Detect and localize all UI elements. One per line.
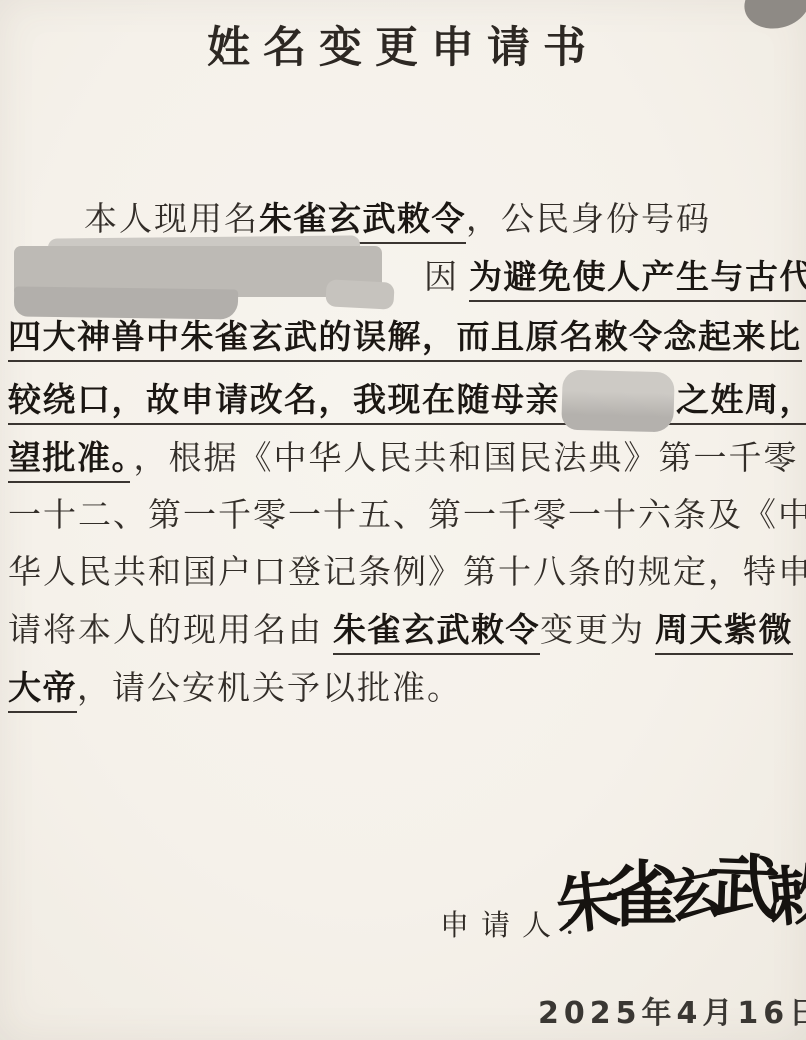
application-date: 2025年4月16日 — [538, 988, 806, 1032]
redaction-parent-name — [560, 380, 676, 425]
reason-filled: 望批准。 — [8, 438, 130, 483]
redaction-shape — [14, 286, 238, 319]
body-line-3: 四大神兽中朱雀玄武的误解，而且原名敕令念起来比 — [8, 316, 802, 357]
print-text: 一十二、第一千零一十五、第一千零一十六条及《中 — [8, 495, 806, 534]
name-change-application-document: 姓名变更申请书 本人现用名朱雀玄武敕令，公民身份号码 因为避免使人产生与古代 四… — [0, 0, 806, 1040]
body-line-2: 因为避免使人产生与古代 — [424, 256, 806, 297]
body-line-6: 一十二、第一千零一十五、第一千零一十六条及《中 — [8, 494, 806, 535]
print-text: ，公民身份号码 — [466, 199, 711, 238]
document-title: 姓名变更申请书 — [0, 14, 806, 75]
redaction-shape — [325, 279, 394, 310]
signature-character: 敕 — [766, 862, 806, 931]
reason-filled: 之姓周， — [676, 380, 806, 425]
handwritten-signature: 朱雀玄武敕令 — [559, 848, 806, 1007]
body-line-1: 本人现用名朱雀玄武敕令，公民身份号码 — [84, 198, 711, 239]
print-text: ，根据《中华人民共和国民法典》第一千零 — [134, 438, 799, 477]
old-name-filled: 朱雀玄武敕令 — [333, 610, 540, 655]
body-line-8: 请将本人的现用名由朱雀玄武敕令变更为周天紫微 — [8, 609, 793, 650]
reason-filled: 较绕口，故申请改名，我现在随母亲 — [8, 380, 560, 425]
body-line-9: 大帝，请公安机关予以批准。 — [8, 667, 462, 708]
print-text: 本人现用名 — [84, 199, 259, 238]
body-line-7: 华人民共和国户口登记条例》第十八条的规定，特申 — [8, 551, 806, 592]
reason-filled: 为避免使人产生与古代 — [469, 257, 806, 302]
print-text: 变更为 — [540, 610, 645, 649]
body-line-5: 望批准。，根据《中华人民共和国民法典》第一千零 — [8, 437, 799, 478]
reason-filled: 四大神兽中朱雀玄武的误解，而且原名敕令念起来比 — [8, 317, 802, 362]
print-text: 因 — [424, 257, 459, 296]
print-text: 华人民共和国户口登记条例》第十八条的规定，特申 — [8, 552, 806, 591]
new-name-filled: 大帝 — [8, 668, 77, 713]
print-text: 请将本人的现用名由 — [8, 610, 323, 649]
body-line-4: 较绕口，故申请改名，我现在随母亲之姓周， — [8, 371, 806, 431]
new-name-filled: 周天紫微 — [655, 610, 793, 655]
print-text: ，请公安机关予以批准。 — [77, 668, 462, 707]
redaction-shape — [561, 370, 675, 433]
